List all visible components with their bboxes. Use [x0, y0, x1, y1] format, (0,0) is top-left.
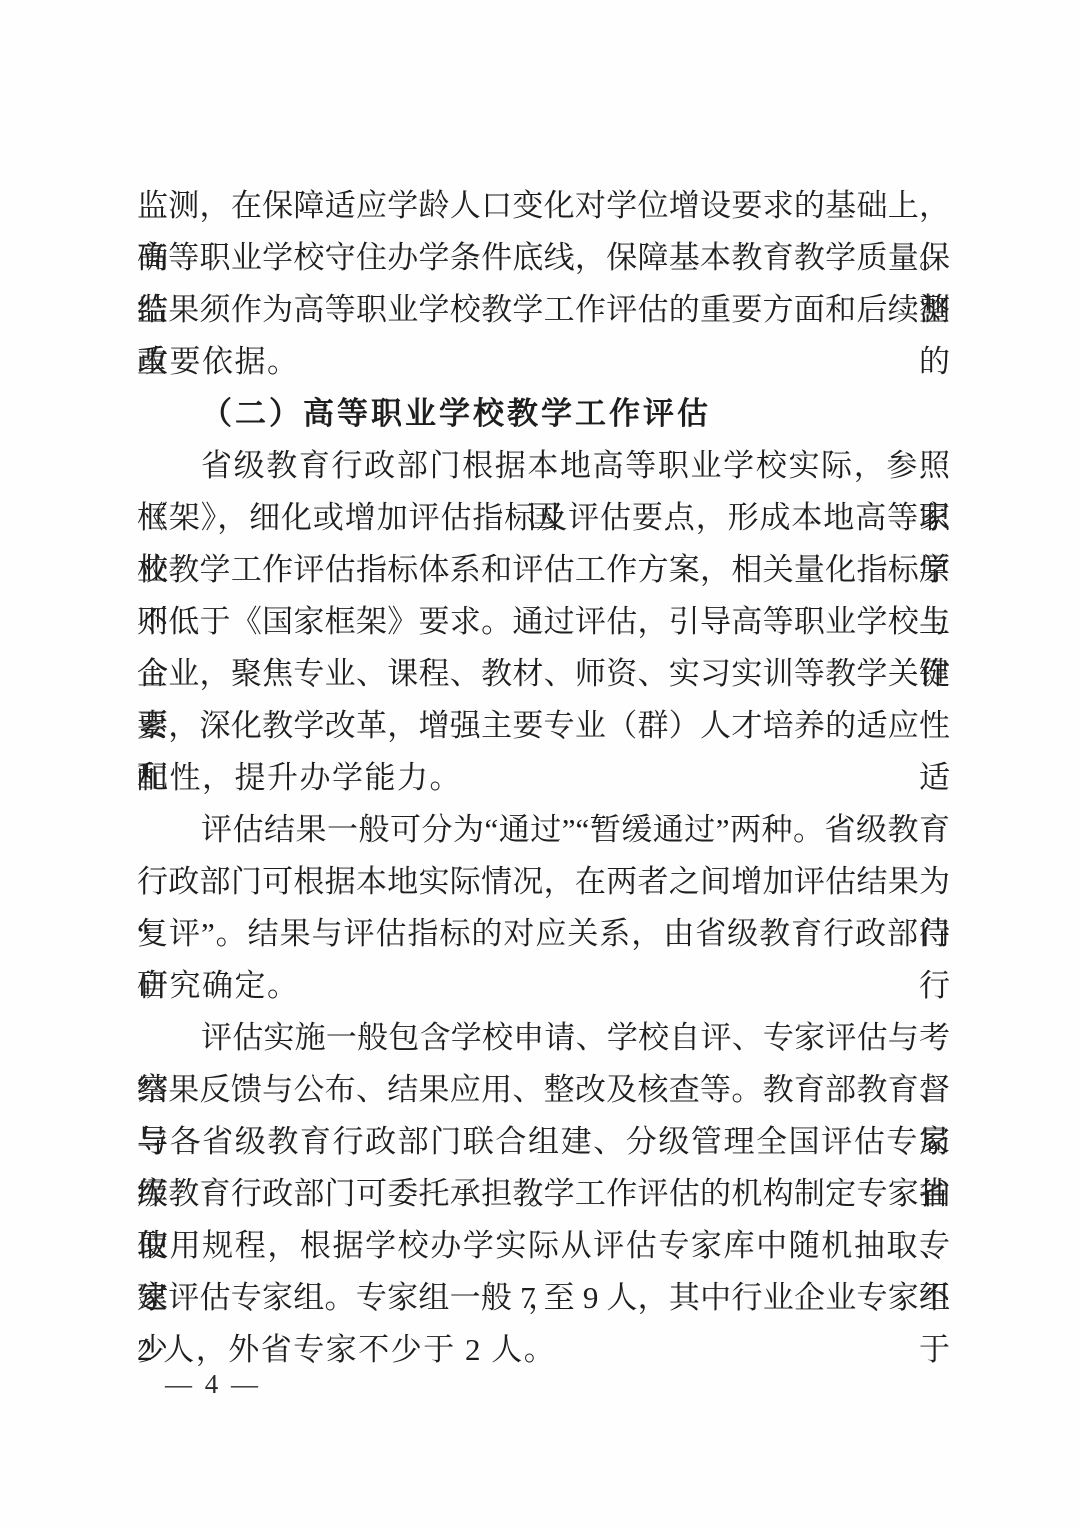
text-line: 框架》，细化或增加评估指标及评估要点，形成本地高等职业学 [137, 492, 950, 544]
text-line: 校教学工作评估指标体系和评估工作方案，相关量化指标原则上 [137, 544, 950, 596]
text-line: 结果须作为高等职业学校教学工作评估的重要方面和后续整改的 [137, 284, 950, 336]
page-number: — 4 — [165, 1364, 261, 1404]
text-line: 复评”。结果与评估指标的对应关系，由省级教育行政部门自行 [137, 908, 950, 960]
document-text: 监测，在保障适应学龄人口变化对学位增设要求的基础上，确保高等职业学校守住办学条件… [137, 180, 950, 1376]
text-line: 不低于《国家框架》要求。通过评估，引导高等职业学校与合作 [137, 596, 950, 648]
text-line: 企业，聚焦专业、课程、教材、师资、实习实训等教学关键要 [137, 648, 950, 700]
text-line: 监测，在保障适应学龄人口变化对学位增设要求的基础上，确保 [137, 180, 950, 232]
section-heading: （二）高等职业学校教学工作评估 [137, 388, 950, 440]
document-page: 监测，在保障适应学龄人口变化对学位增设要求的基础上，确保高等职业学校守住办学条件… [0, 0, 1080, 1527]
text-line: 评估实施一般包含学校申请、学校自评、专家评估与考察、 [137, 1012, 950, 1064]
text-line: 省级教育行政部门根据本地高等职业学校实际，参照《国家 [137, 440, 950, 492]
text-line: 高等职业学校守住办学条件底线，保障基本教育教学质量。监测 [137, 232, 950, 284]
text-line: 结果反馈与公布、结果应用、整改及核查等。教育部教育督导局 [137, 1064, 950, 1116]
text-line: 素，深化教学改革，增强主要专业（群）人才培养的适应性和适 [137, 700, 950, 752]
text-line: 评估结果一般可分为“通过”“暂缓通过”两种。省级教育 [137, 804, 950, 856]
text-line: 与各省级教育行政部门联合组建、分级管理全国评估专家库。省 [137, 1116, 950, 1168]
text-line: 级教育行政部门可委托承担教学工作评估的机构制定专家抽取、 [137, 1168, 950, 1220]
text-line: 行政部门可根据本地实际情况，在两者之间增加评估结果为“待 [137, 856, 950, 908]
text-line: 使用规程，根据学校办学实际从评估专家库中随机抽取专家，组 [137, 1220, 950, 1272]
text-line: 建评估专家组。专家组一般 7 至 9 人，其中行业企业专家不少于 [137, 1272, 950, 1324]
